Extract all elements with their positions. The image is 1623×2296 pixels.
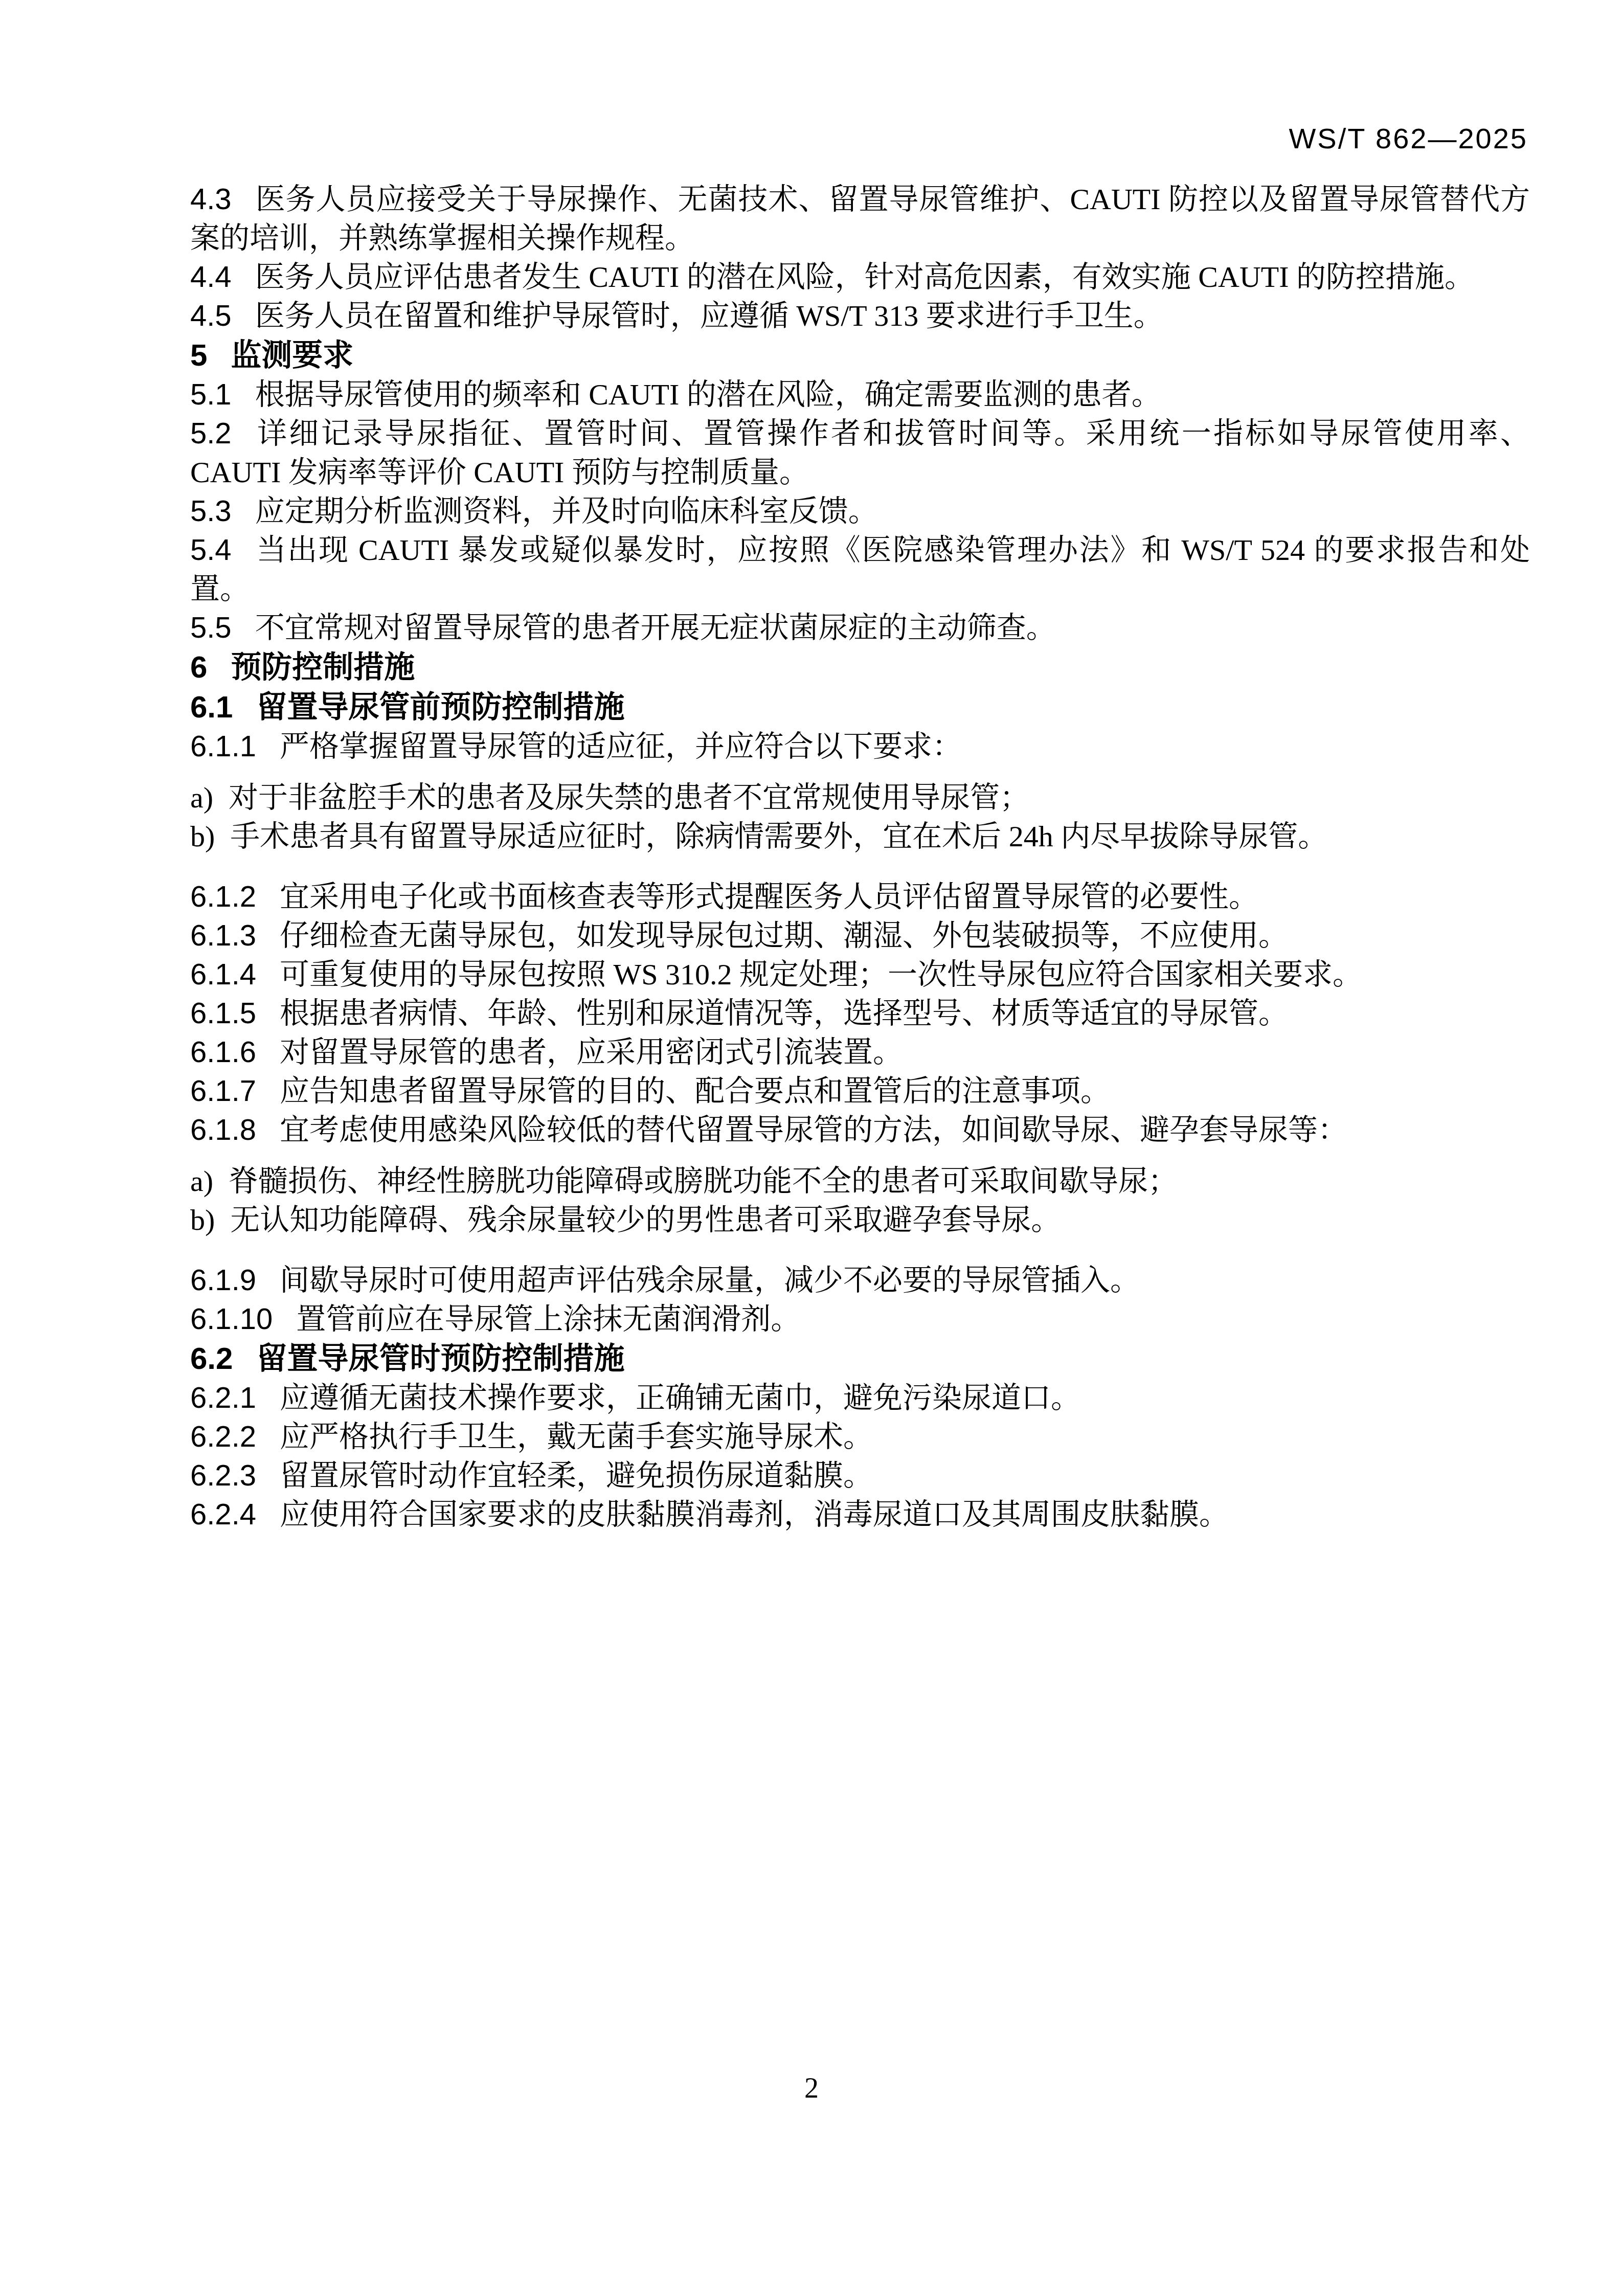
clause-number: 6.1.3	[190, 919, 256, 952]
clause-text: 医务人员应评估患者发生 CAUTI 的潜在风险，针对高危因素，有效实施 CAUT…	[255, 260, 1474, 294]
clause-text: 当出现 CAUTI 暴发或疑似暴发时，应按照《医院感染管理办法》和 WS/T 5…	[190, 533, 1530, 605]
subitem-text: 脊髓损伤、神经性膀胱功能障碍或膀胱功能不全的患者可采取间歇导尿；	[229, 1164, 1178, 1198]
clause-number: 6.2.1	[190, 1381, 256, 1414]
subitem-6-1-1-a: a)对于非盆腔手术的患者及尿失禁的患者不宜常规使用导尿管；	[190, 778, 1530, 817]
clause-text: 医务人员应接受关于导尿操作、无菌技术、留置导尿管维护、CAUTI 防控以及留置导…	[190, 183, 1530, 255]
clause-group-6-1-8: 6.1.8宜考虑使用感染风险较低的替代留置导尿管的方法，如间歇导尿、避孕套导尿等…	[190, 1111, 1530, 1240]
clause-number: 5.3	[190, 494, 232, 528]
clause-4-4: 4.4医务人员应评估患者发生 CAUTI 的潜在风险，针对高危因素，有效实施 C…	[190, 258, 1530, 297]
clause-number: 6.1.8	[190, 1113, 256, 1146]
clause-number: 6.2.2	[190, 1420, 256, 1453]
clause-number: 6.1.4	[190, 958, 256, 991]
clause-text: 留置尿管时动作宜轻柔，避免损伤尿道黏膜。	[280, 1459, 873, 1492]
clause-6-1-3: 6.1.3仔细检查无菌导尿包，如发现导尿包过期、潮湿、外包装破损等，不应使用。	[190, 916, 1530, 955]
subitem-label: b)	[190, 1203, 215, 1236]
subitem-text: 对于非盆腔手术的患者及尿失禁的患者不宜常规使用导尿管；	[229, 781, 1029, 814]
clause-6-1-1: 6.1.1严格掌握留置导尿管的适应征，并应符合以下要求：	[190, 727, 1530, 766]
clause-number: 6.2.3	[190, 1459, 256, 1492]
clause-5-5: 5.5不宜常规对留置导尿管的患者开展无症状菌尿症的主动筛查。	[190, 609, 1530, 647]
clause-text: 可重复使用的导尿包按照 WS 310.2 规定处理；一次性导尿包应符合国家相关要…	[280, 958, 1362, 991]
subitem-text: 无认知功能障碍、残余尿量较少的男性患者可采取避孕套导尿。	[230, 1203, 1061, 1236]
clause-6-1-6: 6.1.6对留置导尿管的患者，应采用密闭式引流装置。	[190, 1033, 1530, 1072]
clause-6-2-3: 6.2.3留置尿管时动作宜轻柔，避免损伤尿道黏膜。	[190, 1456, 1530, 1495]
section-heading-6-1: 6.1留置导尿管前预防控制措施	[190, 687, 1530, 727]
clause-number: 5.2	[190, 417, 232, 450]
page-number: 2	[0, 2072, 1623, 2105]
clause-number: 5	[190, 338, 207, 372]
clause-5-1: 5.1根据导尿管使用的频率和 CAUTI 的潜在风险，确定需要监测的患者。	[190, 375, 1530, 414]
clause-text: 根据导尿管使用的频率和 CAUTI 的潜在风险，确定需要监测的患者。	[255, 378, 1161, 411]
clause-6-1-2: 6.1.2宜采用电子化或书面核查表等形式提醒医务人员评估留置导尿管的必要性。	[190, 877, 1530, 916]
clause-5-2: 5.2详细记录导尿指征、置管时间、置管操作者和拔管时间等。采用统一指标如导尿管使…	[190, 414, 1530, 492]
clause-6-1-5: 6.1.5根据患者病情、年龄、性别和尿道情况等，选择型号、材质等适宜的导尿管。	[190, 994, 1530, 1033]
subitem-label: b)	[190, 820, 215, 853]
subitem-label: a)	[190, 1164, 213, 1198]
clause-text: 留置导尿管前预防控制措施	[256, 690, 624, 724]
clause-6-1-4: 6.1.4可重复使用的导尿包按照 WS 310.2 规定处理；一次性导尿包应符合…	[190, 955, 1530, 994]
subitem-6-1-8-a: a)脊髓损伤、神经性膀胱功能障碍或膀胱功能不全的患者可采取间歇导尿；	[190, 1162, 1530, 1201]
clause-text: 监测要求	[231, 338, 353, 372]
clause-number: 6.1.10	[190, 1302, 273, 1336]
clause-text: 预防控制措施	[231, 650, 415, 684]
document-body: 4.3医务人员应接受关于导尿操作、无菌技术、留置导尿管维护、CAUTI 防控以及…	[190, 180, 1530, 1534]
standard-number-header: WS/T 862—2025	[1289, 122, 1528, 155]
clause-text: 应告知患者留置导尿管的目的、配合要点和置管后的注意事项。	[280, 1074, 1110, 1108]
clause-text: 根据患者病情、年龄、性别和尿道情况等，选择型号、材质等适宜的导尿管。	[280, 997, 1288, 1030]
clause-text: 留置导尿管时预防控制措施	[256, 1341, 624, 1376]
clause-text: 不宜常规对留置导尿管的患者开展无症状菌尿症的主动筛查。	[255, 611, 1056, 644]
clause-number: 4.5	[190, 299, 232, 332]
subitem-6-1-8-b: b)无认知功能障碍、残余尿量较少的男性患者可采取避孕套导尿。	[190, 1201, 1530, 1240]
clause-number: 4.3	[190, 183, 232, 216]
clause-text: 间歇导尿时可使用超声评估残余尿量，减少不必要的导尿管插入。	[280, 1264, 1140, 1297]
clause-6-2-1: 6.2.1应遵循无菌技术操作要求，正确铺无菌巾，避免污染尿道口。	[190, 1379, 1530, 1417]
clause-6-1-7: 6.1.7应告知患者留置导尿管的目的、配合要点和置管后的注意事项。	[190, 1072, 1530, 1111]
clause-number: 5.1	[190, 378, 232, 411]
clause-text: 应使用符合国家要求的皮肤黏膜消毒剂，消毒尿道口及其周围皮肤黏膜。	[280, 1498, 1229, 1531]
section-heading-5: 5监测要求	[190, 335, 1530, 375]
clause-4-5: 4.5医务人员在留置和维护导尿管时，应遵循 WS/T 313 要求进行手卫生。	[190, 297, 1530, 335]
clause-text: 仔细检查无菌导尿包，如发现导尿包过期、潮湿、外包装破损等，不应使用。	[280, 919, 1288, 952]
clause-number: 6.1.9	[190, 1264, 256, 1297]
clause-6-1-8: 6.1.8宜考虑使用感染风险较低的替代留置导尿管的方法，如间歇导尿、避孕套导尿等…	[190, 1111, 1530, 1150]
clause-number: 6.1.6	[190, 1036, 256, 1069]
clause-6-2-4: 6.2.4应使用符合国家要求的皮肤黏膜消毒剂，消毒尿道口及其周围皮肤黏膜。	[190, 1495, 1530, 1534]
clause-number: 6.2	[190, 1341, 233, 1376]
clause-number: 6.2.4	[190, 1498, 256, 1531]
clause-text: 置管前应在导尿管上涂抹无菌润滑剂。	[296, 1302, 800, 1336]
clause-group-6-1-1: 6.1.1严格掌握留置导尿管的适应征，并应符合以下要求：a)对于非盆腔手术的患者…	[190, 727, 1530, 856]
subitem-label: a)	[190, 781, 213, 814]
clause-number: 6.1.5	[190, 997, 256, 1030]
clause-number: 5.5	[190, 611, 232, 644]
clause-text: 应定期分析监测资料，并及时向临床科室反馈。	[255, 494, 878, 528]
clause-number: 4.4	[190, 260, 232, 294]
clause-6-1-9: 6.1.9间歇导尿时可使用超声评估残余尿量，减少不必要的导尿管插入。	[190, 1261, 1530, 1300]
section-heading-6: 6预防控制措施	[190, 647, 1530, 687]
clause-text: 宜采用电子化或书面核查表等形式提醒医务人员评估留置导尿管的必要性。	[280, 880, 1258, 913]
subitem-6-1-1-b: b)手术患者具有留置导尿适应征时，除病情需要外，宜在术后 24h 内尽早拔除导尿…	[190, 817, 1530, 856]
subitem-text: 手术患者具有留置导尿适应征时，除病情需要外，宜在术后 24h 内尽早拔除导尿管。	[230, 820, 1327, 853]
clause-text: 医务人员在留置和维护导尿管时，应遵循 WS/T 313 要求进行手卫生。	[255, 299, 1163, 332]
clause-number: 6	[190, 650, 207, 684]
clause-number: 6.1.2	[190, 880, 256, 913]
clause-5-3: 5.3应定期分析监测资料，并及时向临床科室反馈。	[190, 492, 1530, 531]
clause-4-3: 4.3医务人员应接受关于导尿操作、无菌技术、留置导尿管维护、CAUTI 防控以及…	[190, 180, 1530, 258]
clause-text: 严格掌握留置导尿管的适应征，并应符合以下要求：	[280, 730, 962, 763]
clause-text: 宜考虑使用感染风险较低的替代留置导尿管的方法，如间歇导尿、避孕套导尿等：	[280, 1113, 1347, 1146]
clause-number: 6.1.7	[190, 1074, 256, 1108]
document-page: WS/T 862—2025 4.3医务人员应接受关于导尿操作、无菌技术、留置导尿…	[0, 0, 1623, 2296]
clause-text: 详细记录导尿指征、置管时间、置管操作者和拔管时间等。采用统一指标如导尿管使用率、…	[190, 417, 1530, 489]
clause-6-2-2: 6.2.2应严格执行手卫生，戴无菌手套实施导尿术。	[190, 1417, 1530, 1456]
clause-text: 应遵循无菌技术操作要求，正确铺无菌巾，避免污染尿道口。	[280, 1381, 1080, 1414]
clause-6-1-10: 6.1.10置管前应在导尿管上涂抹无菌润滑剂。	[190, 1300, 1530, 1339]
clause-5-4: 5.4当出现 CAUTI 暴发或疑似暴发时，应按照《医院感染管理办法》和 WS/…	[190, 531, 1530, 609]
clause-text: 对留置导尿管的患者，应采用密闭式引流装置。	[280, 1036, 903, 1069]
clause-number: 5.4	[190, 533, 232, 567]
clause-text: 应严格执行手卫生，戴无菌手套实施导尿术。	[280, 1420, 873, 1453]
clause-number: 6.1	[190, 690, 233, 724]
section-heading-6-2: 6.2留置导尿管时预防控制措施	[190, 1339, 1530, 1379]
clause-number: 6.1.1	[190, 730, 256, 763]
